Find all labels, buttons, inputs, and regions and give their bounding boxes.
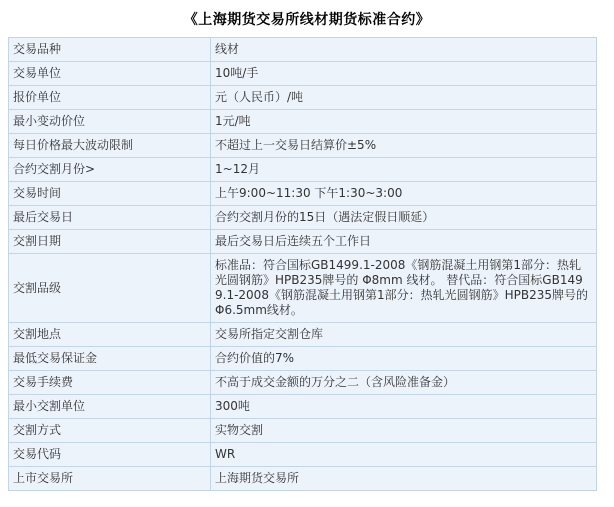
page-title: 《上海期货交易所线材期货标准合约》 <box>0 0 614 37</box>
row-value: 实物交割 <box>211 419 597 443</box>
row-value: 上午9:00~11:30 下午1:30~3:00 <box>211 182 597 206</box>
row-value: 合约交割月份的15日（遇法定假日顺延） <box>211 206 597 230</box>
row-value: 不高于成交金额的万分之二（含风险准备金） <box>211 371 597 395</box>
row-label: 交易手续费 <box>9 371 211 395</box>
row-label: 最后交易日 <box>9 206 211 230</box>
table-row: 交易时间 上午9:00~11:30 下午1:30~3:00 <box>9 182 597 206</box>
row-label: 交易代码 <box>9 443 211 467</box>
contract-table: 交易品种 线材 交易单位 10吨/手 报价单位 元（人民币）/吨 最小变动价位 … <box>8 37 597 491</box>
table-row: 每日价格最大波动限制 不超过上一交易日结算价±5% <box>9 134 597 158</box>
table-row: 最后交易日 合约交割月份的15日（遇法定假日顺延） <box>9 206 597 230</box>
row-label: 交割日期 <box>9 230 211 254</box>
table-row: 交割地点 交易所指定交割仓库 <box>9 323 597 347</box>
row-value: 1元/吨 <box>211 110 597 134</box>
row-value: 最后交易日后连续五个工作日 <box>211 230 597 254</box>
row-label: 最小变动价位 <box>9 110 211 134</box>
table-row: 最低交易保证金 合约价值的7% <box>9 347 597 371</box>
contract-page: 《上海期货交易所线材期货标准合约》 交易品种 线材 交易单位 10吨/手 报价单… <box>0 0 614 491</box>
row-label: 最低交易保证金 <box>9 347 211 371</box>
row-label: 交易单位 <box>9 62 211 86</box>
table-row: 交割方式 实物交割 <box>9 419 597 443</box>
row-label: 交割方式 <box>9 419 211 443</box>
row-value: 线材 <box>211 38 597 62</box>
table-row: 交割日期 最后交易日后连续五个工作日 <box>9 230 597 254</box>
row-value: 上海期货交易所 <box>211 467 597 491</box>
row-label: 交割品级 <box>9 254 211 323</box>
row-value: 标准品：符合国标GB1499.1-2008《钢筋混凝土用钢第1部分：热轧光圆钢筋… <box>211 254 597 323</box>
table-row: 上市交易所 上海期货交易所 <box>9 467 597 491</box>
table-row: 交易代码 WR <box>9 443 597 467</box>
row-value: 1~12月 <box>211 158 597 182</box>
table-row: 交易手续费 不高于成交金额的万分之二（含风险准备金） <box>9 371 597 395</box>
table-row: 交割品级 标准品：符合国标GB1499.1-2008《钢筋混凝土用钢第1部分：热… <box>9 254 597 323</box>
row-value: 元（人民币）/吨 <box>211 86 597 110</box>
contract-table-body: 交易品种 线材 交易单位 10吨/手 报价单位 元（人民币）/吨 最小变动价位 … <box>9 38 597 491</box>
table-row: 合约交割月份> 1~12月 <box>9 158 597 182</box>
table-row: 最小交割单位 300吨 <box>9 395 597 419</box>
row-value: 不超过上一交易日结算价±5% <box>211 134 597 158</box>
row-label: 合约交割月份> <box>9 158 211 182</box>
row-label: 交易品种 <box>9 38 211 62</box>
row-value: 300吨 <box>211 395 597 419</box>
row-label: 交易时间 <box>9 182 211 206</box>
table-row: 报价单位 元（人民币）/吨 <box>9 86 597 110</box>
table-row: 交易品种 线材 <box>9 38 597 62</box>
row-label: 上市交易所 <box>9 467 211 491</box>
row-value: 交易所指定交割仓库 <box>211 323 597 347</box>
row-label: 交割地点 <box>9 323 211 347</box>
row-value: 10吨/手 <box>211 62 597 86</box>
row-value: WR <box>211 443 597 467</box>
table-row: 交易单位 10吨/手 <box>9 62 597 86</box>
row-label: 每日价格最大波动限制 <box>9 134 211 158</box>
table-row: 最小变动价位 1元/吨 <box>9 110 597 134</box>
row-label: 最小交割单位 <box>9 395 211 419</box>
row-value: 合约价值的7% <box>211 347 597 371</box>
row-label: 报价单位 <box>9 86 211 110</box>
